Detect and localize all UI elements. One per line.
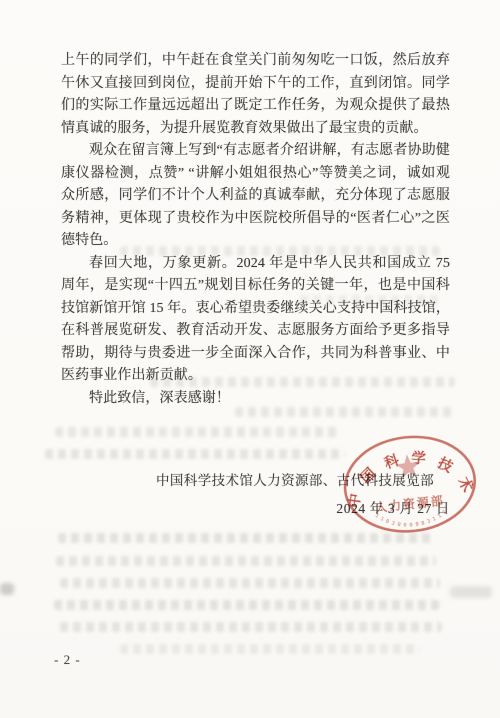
bleed-through-smudge xyxy=(120,644,420,654)
bleed-through-smudge xyxy=(56,556,436,566)
official-seal: 中国科学技术馆 人力资源部 1103000083117 xyxy=(331,422,492,547)
body-paragraph-4: 特此致信，深表感谢！ xyxy=(61,388,450,411)
letter-body: 上午的同学们，中午赶在食堂关门前匆匆吃一口饭，然后放弃午休又直接回到岗位，提前开… xyxy=(61,50,450,410)
seal-department-text: 人力资源部 xyxy=(374,493,445,515)
bleed-through-smudge xyxy=(60,578,440,588)
bleed-through-smudge xyxy=(54,600,440,610)
bleed-through-smudge xyxy=(60,622,442,632)
body-paragraph-2: 观众在留言簿上写到“有志愿者介绍讲解，有志愿者协助健康仪器检测，点赞” “讲解小… xyxy=(61,140,450,253)
body-paragraph-3: 春回大地，万象更新。2024 年是中华人民共和国成立 75 周年，是实现“十四五… xyxy=(61,253,450,388)
page-number: - 2 - xyxy=(54,652,81,668)
body-paragraph-1: 上午的同学们，中午赶在食堂关门前匆匆吃一口饭，然后放弃午休又直接回到岗位，提前开… xyxy=(61,50,450,140)
bleed-through-smudge xyxy=(450,586,492,598)
bleed-through-smudge xyxy=(0,583,14,595)
bleed-through-smudge xyxy=(45,449,345,459)
bleed-through-smudge xyxy=(55,427,340,437)
letter-page: 上午的同学们，中午赶在食堂关门前匆匆吃一口饭，然后放弃午休又直接回到岗位，提前开… xyxy=(0,0,500,718)
